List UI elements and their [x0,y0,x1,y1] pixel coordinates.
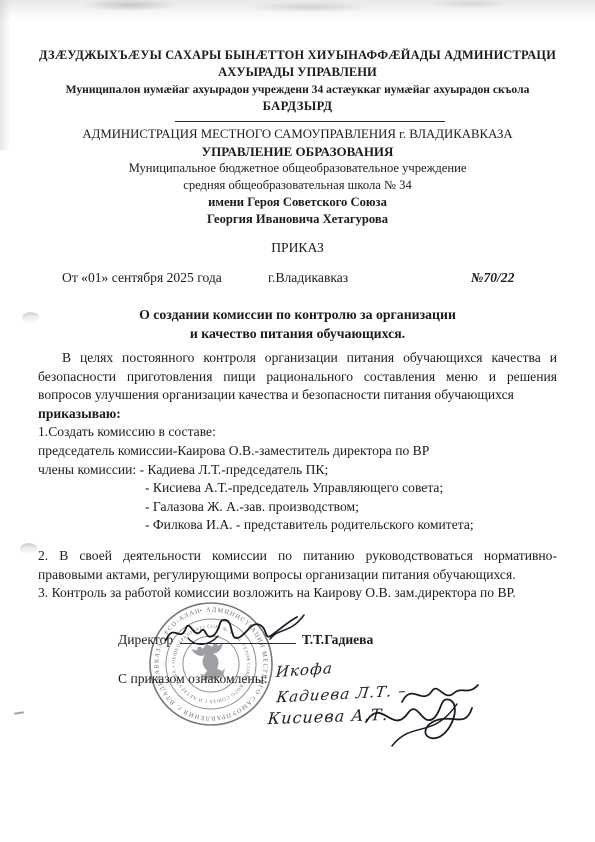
scanned-order-page: ДЗÆУДЖЫХЪÆУЫ САХАРЫ БЫНÆТТОН ХИУЫНАФФÆЙА… [0,0,595,842]
header-line: ДЗÆУДЖЫХЪÆУЫ САХАРЫ БЫНÆТТОН ХИУЫНАФФÆЙА… [20,47,575,64]
header-divider-line [175,121,445,122]
order-item-2-line: 2. В своей деятельности комиссии по пита… [38,547,557,566]
commission-member: - Кисиева А.Т.-председатель Управляющего… [38,479,557,498]
order-city: г.Владикавказ [268,270,348,286]
order-number: №70/22 [471,270,514,286]
document-type-title: ПРИКАЗ [0,240,595,256]
header-line: УПРАВЛЕНИЕ ОБРАЗОВАНИЯ [20,143,575,160]
preamble-line: вопросов улучшения организации качества … [38,386,557,405]
order-body: В целях постоянного контроля организации… [38,349,557,535]
header-line: Муниципальное бюджетное общеобразователь… [20,160,575,177]
scan-shadow-left [0,0,10,150]
order-date: От «01» сентября 2025 года [62,270,222,286]
order-item-3: 3. Контроль за работой комиссии возложит… [38,584,557,603]
header-line: средняя общеобразовательная школа № 34 [20,177,575,194]
director-handwritten-signature [158,612,308,652]
header-line: БАРДЗЫРД [20,98,575,115]
order-meta-row: От «01» сентября 2025 года г.Владикавказ… [38,270,557,288]
scan-shadow-top [0,0,595,20]
commission-chair-line: председатель комиссии-Каирова О.В.-замес… [38,442,557,461]
header-ossetian: ДЗÆУДЖЫХЪÆУЫ САХАРЫ БЫНÆТТОН ХИУЫНАФФÆЙА… [20,47,575,115]
hole-punch-mark [20,543,37,556]
resolve-word: приказываю: [38,405,557,424]
order-item-2-line: правовыми актами, регулирующими вопросы … [38,566,557,585]
order-subject: О создании комиссии по контролю за орган… [0,306,595,343]
header-line: АХУЫРАДЫ УПРАВЛЕНИ [20,64,575,81]
subject-line: О создании комиссии по контролю за орган… [0,306,595,325]
acknowledged-label: С приказом ознакомлены: [118,671,268,687]
header-russian: АДМИНИСТРАЦИЯ МЕСТНОГО САМОУПРАВЛЕНИЯ г.… [20,126,575,228]
header-line: АДМИНИСТРАЦИЯ МЕСТНОГО САМОУПРАВЛЕНИЯ г.… [20,126,575,143]
header-line: Муниципалон иумæйаг ахуырадон учреждени … [20,81,575,98]
header-line: имени Героя Советского Союза [20,194,575,211]
order-item-1: 1.Создать комиссию в составе: [38,423,557,442]
preamble-line: безопасности приготовления пищи рационал… [38,368,557,387]
handwritten-signature-1: Икофа [275,659,333,681]
official-round-stamp: • АДМИНИСТРАЦИЯ МЕСТНОГО САМОУПРАВЛЕНИЯ … [134,587,288,741]
commission-member: - Филкова И.А. - представитель родительс… [38,516,557,535]
header-line: Георгия Ивановича Хетагурова [20,211,575,228]
director-name: Т.Т.Гадиева [302,632,373,647]
scan-smudge [14,711,24,714]
commission-member: - Галазова Ж. А.-зав. производством; [38,498,557,517]
signature-flourish [362,690,477,750]
preamble-line: В целях постоянного контроля организации… [38,349,557,368]
subject-line: и качество питания обучающихся. [0,325,595,344]
commission-members-label: члены комиссии: - Кадиева Л.Т.-председат… [38,461,557,480]
order-items-2-3: 2. В своей деятельности комиссии по пита… [38,547,557,603]
